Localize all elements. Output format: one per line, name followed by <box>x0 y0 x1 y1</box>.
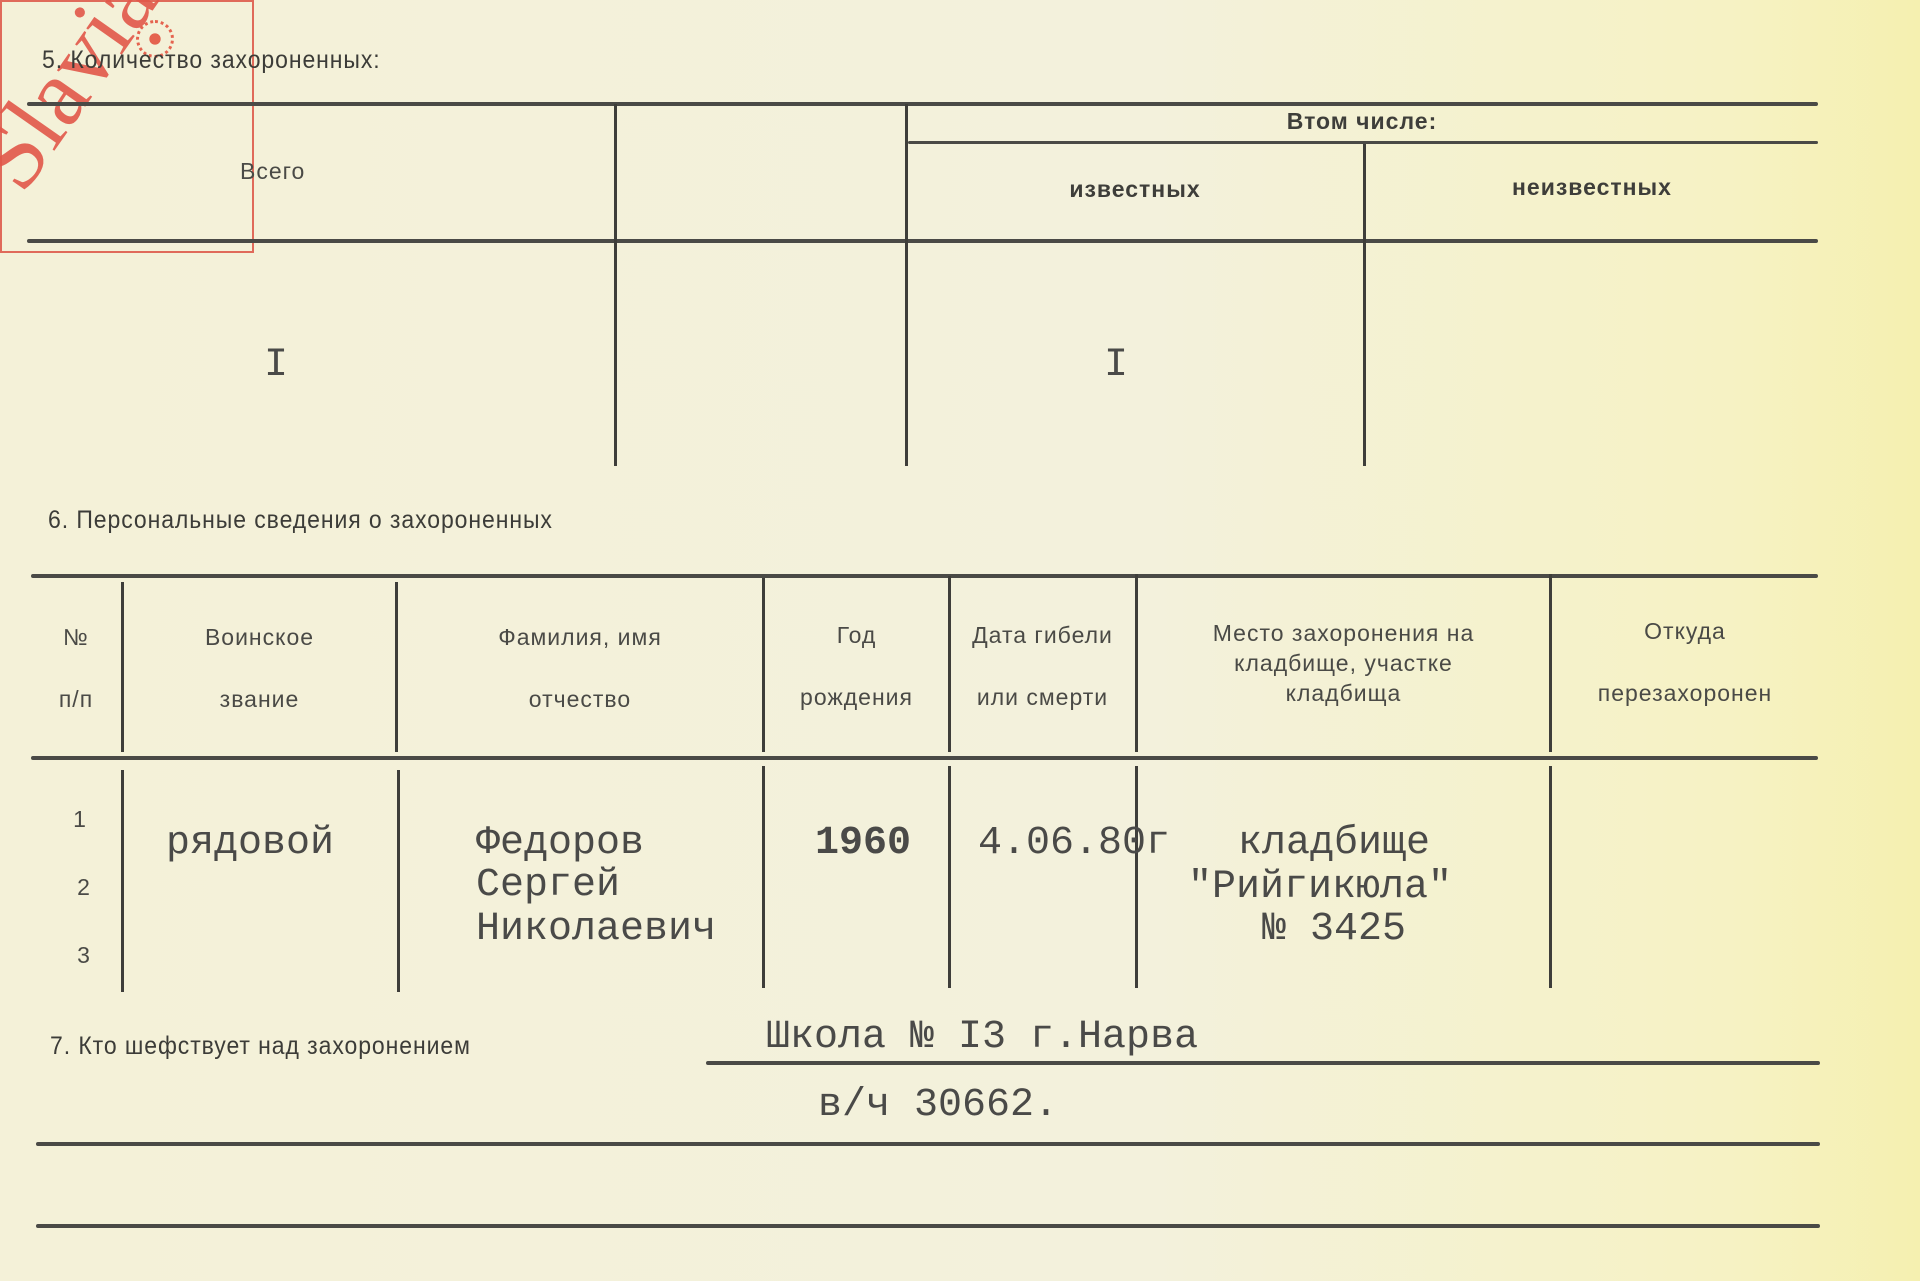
col-header-birth-year: Год рождения <box>765 620 948 712</box>
col-header-rank: Воинское звание <box>124 622 395 714</box>
value-known: I <box>1104 344 1128 388</box>
header-including: Втом числе: <box>906 106 1818 136</box>
header-total: Всего <box>240 156 380 186</box>
cell-birth-year: 1960 <box>815 822 911 866</box>
col-header-number: № п/п <box>31 622 121 714</box>
patron-line-2: в/ч 30662. <box>818 1084 1058 1128</box>
header-known: известных <box>906 174 1364 204</box>
cell-rank: рядовой <box>166 822 334 866</box>
section-5-title: 5. Количество захороненных: <box>42 46 381 75</box>
cell-death-date: 4.06.80г <box>978 822 1170 866</box>
col-header-reburied-from: Откуда перезахоронен <box>1552 616 1818 708</box>
section-7-label: 7. Кто шефствует над захоронением <box>50 1032 471 1061</box>
col-header-burial-place: Место захоронения на кладбище, участке к… <box>1138 618 1549 708</box>
patron-line-1: Школа № I3 г.Нарва <box>766 1016 1198 1060</box>
col-header-name: Фамилия, имя отчество <box>398 622 762 714</box>
section-6-title: 6. Персональные сведения о захороненных <box>48 506 553 535</box>
row-number-1: 1 <box>60 804 100 834</box>
row-number-3: 3 <box>64 940 104 970</box>
watermark-frame: Slavia <box>0 0 254 253</box>
col-header-death-date: Дата гибели или смерти <box>950 620 1135 712</box>
value-total: I <box>264 344 288 388</box>
row-number-2: 2 <box>64 872 104 902</box>
header-unknown: неизвестных <box>1366 172 1818 202</box>
